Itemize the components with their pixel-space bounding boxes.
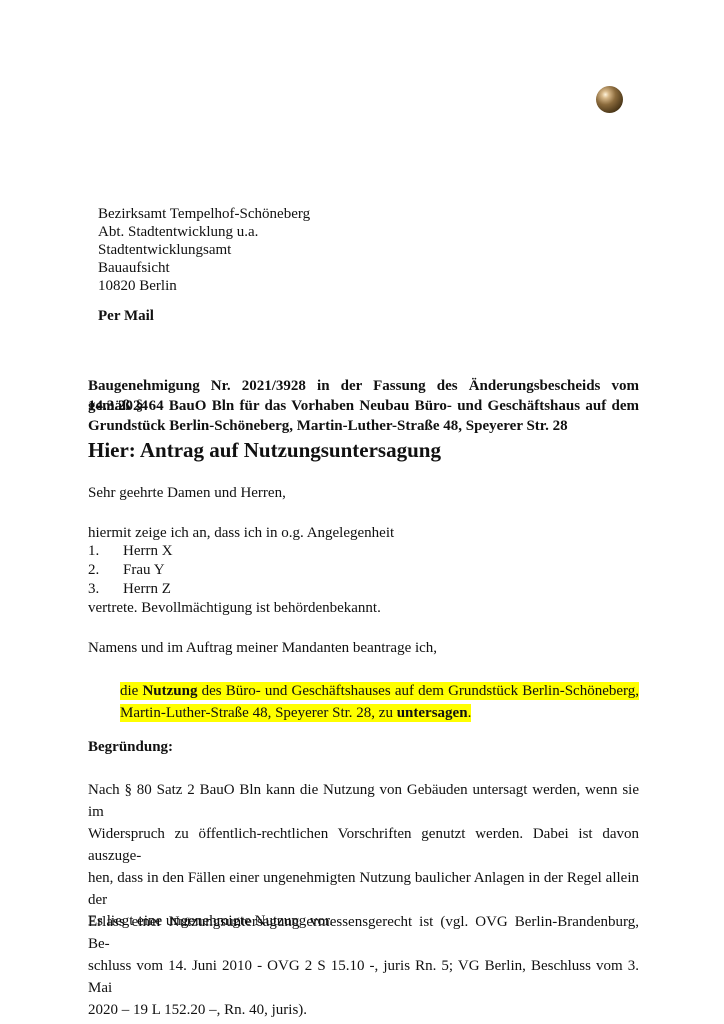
subject-headline: Hier: Antrag auf Nutzungsuntersagung [88, 438, 441, 462]
request-line-2: Martin-Luther-Straße 48, Speyerer Str. 2… [120, 702, 639, 724]
recipient-line: Bauaufsicht [98, 259, 170, 277]
bronze-orb-icon [596, 86, 623, 113]
request-line-1: die Nutzung des Büro- und Geschäftshause… [120, 680, 639, 702]
paragraph-line: schluss vom 14. Juni 2010 - OVG 2 S 15.1… [88, 955, 639, 999]
conclusion-text: Es liegt eine ungenehmigte Nutzung vor. [88, 912, 333, 930]
recipient-line: Stadtentwicklungsamt [98, 241, 231, 259]
list-item-number: 1. [88, 542, 99, 560]
paragraph-line: Widerspruch zu öffentlich-rechtlichen Vo… [88, 823, 639, 867]
subject-line: Grundstück Berlin-Schöneberg, Martin-Lut… [88, 416, 639, 436]
list-item-number: 3. [88, 580, 99, 598]
paragraph-line: Nach § 80 Satz 2 BauO Bln kann die Nutzu… [88, 779, 639, 823]
recipient-line: 10820 Berlin [98, 277, 177, 295]
representation-text: vertrete. Bevollmächtigung ist behördenb… [88, 599, 381, 617]
paragraph-line: 2020 – 19 L 152.20 –, Rn. 40, juris). [88, 999, 639, 1021]
salutation: Sehr geehrte Damen und Herren, [88, 484, 286, 502]
subject-line: gemäß § 64 BauO Bln für das Vorhaben Neu… [88, 396, 639, 416]
request-intro: Namens und im Auftrag meiner Mandanten b… [88, 639, 437, 657]
recipient-line: Bezirksamt Tempelhof-Schöneberg [98, 205, 310, 223]
intro-text: hiermit zeige ich an, dass ich in o.g. A… [88, 524, 394, 542]
reasoning-paragraph: Nach § 80 Satz 2 BauO Bln kann die Nutzu… [88, 779, 639, 1021]
reasoning-heading: Begründung: [88, 738, 173, 756]
list-item: Herrn X [123, 542, 173, 560]
highlighted-request: die Nutzung des Büro- und Geschäftshause… [120, 680, 639, 724]
paragraph-line: hen, dass in den Fällen einer ungenehmig… [88, 867, 639, 911]
list-item: Herrn Z [123, 580, 171, 598]
delivery-method: Per Mail [98, 307, 154, 325]
list-item: Frau Y [123, 561, 165, 579]
list-item-number: 2. [88, 561, 99, 579]
recipient-line: Abt. Stadtentwicklung u.a. [98, 223, 258, 241]
bold-nutzung: Nutzung [142, 683, 197, 699]
bold-untersagen: untersagen [397, 705, 468, 721]
